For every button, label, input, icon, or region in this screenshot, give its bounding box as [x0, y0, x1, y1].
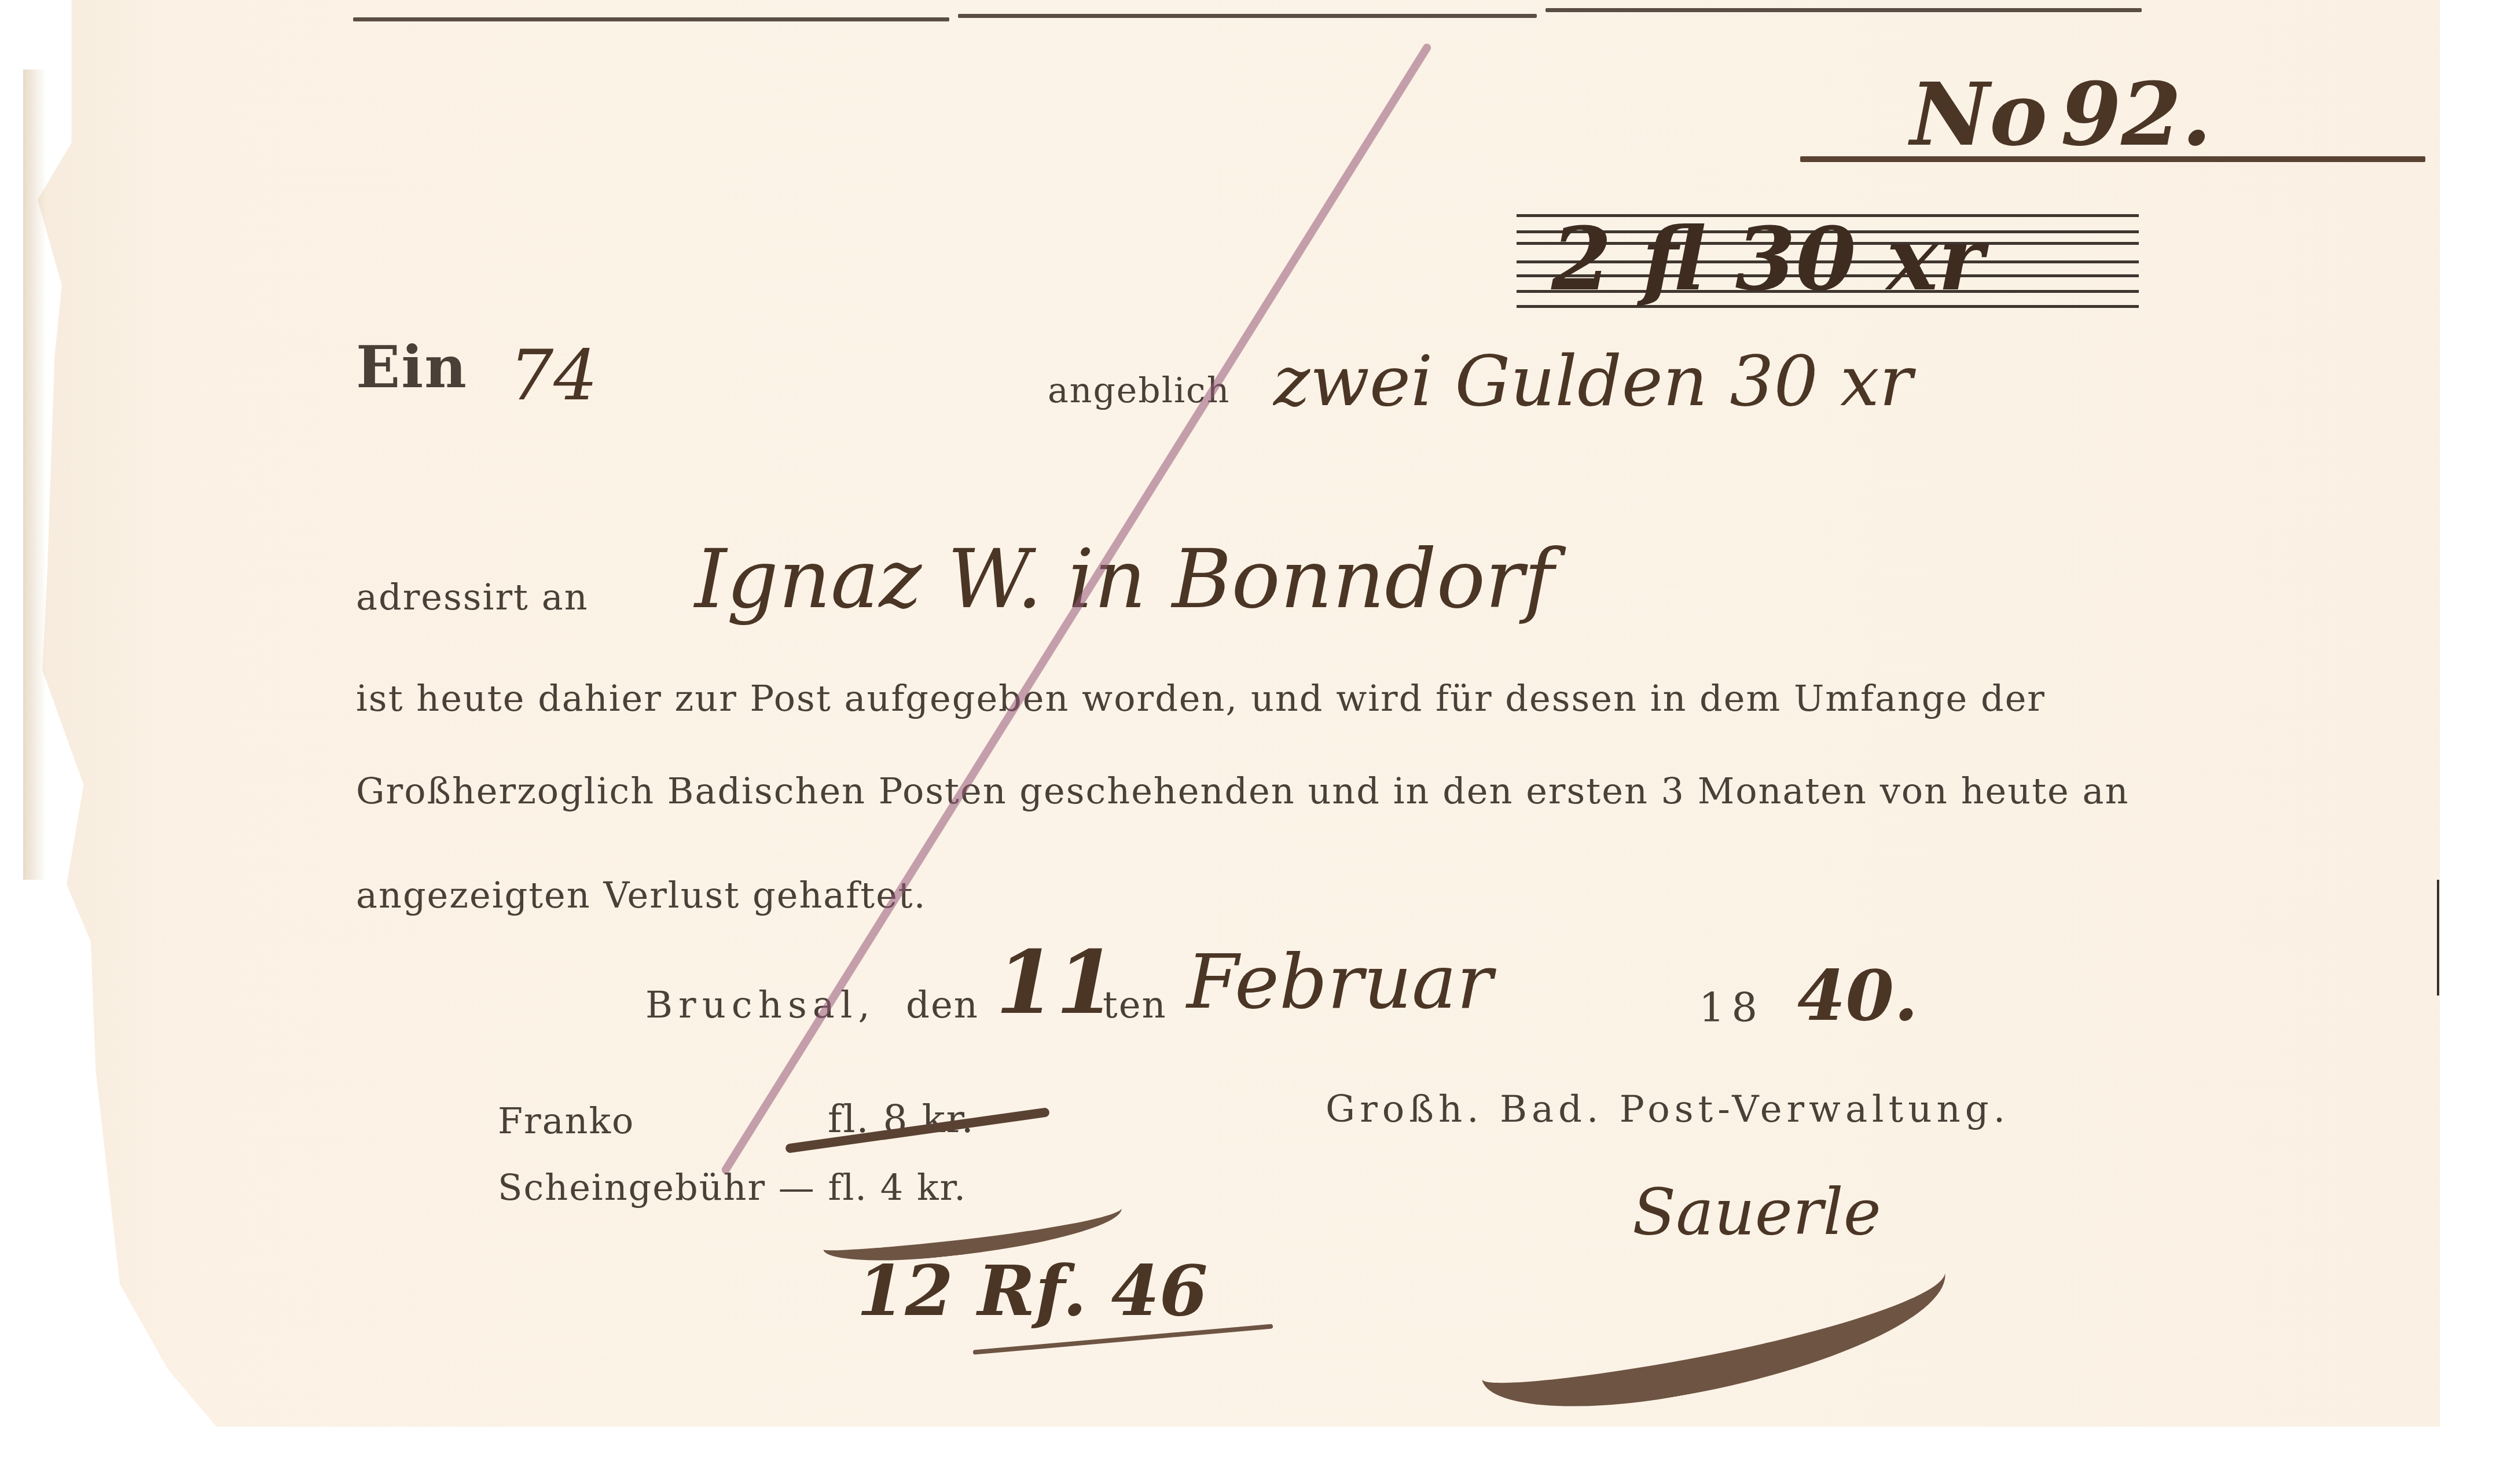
franko-label: Franko — [498, 1100, 634, 1142]
post-office-name: Großh. Bad. Post-Verwaltung. — [1326, 1088, 2010, 1131]
body-line-3: angezeigten Verlust gehaftet. — [356, 874, 926, 916]
torn-edge-stain — [23, 69, 46, 880]
date-ten: ten — [1103, 984, 1167, 1027]
top-rule-left — [353, 17, 949, 21]
addressee: Ignaz W. in Bonndorf — [695, 532, 1554, 627]
date-day: 11 — [996, 932, 1117, 1034]
body-line-2: Großherzoglich Badischen Posten geschehe… — [356, 770, 2129, 812]
top-rule-right — [1545, 8, 2142, 12]
date-den: den — [906, 984, 979, 1027]
ein-label: Ein — [356, 333, 468, 401]
date-month: Februar — [1187, 938, 1493, 1026]
postal-receipt-document: No 92. 2 fl 30 xr Ein 74 angeblich zwei … — [0, 0, 2511, 1484]
scheingebuehr-line: Scheingebühr — fl. 4 kr. — [498, 1166, 967, 1208]
adressirt-an-label: adressirt an — [356, 576, 589, 618]
body-line-1: ist heute dahier zur Post aufgegeben wor… — [356, 677, 2046, 719]
receipt-number: 92. — [2061, 64, 2212, 166]
receipt-number-underline — [1800, 156, 2425, 162]
receipt-number-prefix: No — [1910, 64, 2047, 166]
amount-ledger-box: 2 fl 30 xr — [1517, 214, 2139, 324]
amount-box-value: 2 fl 30 xr — [1551, 208, 1984, 310]
right-margin-mark — [2437, 880, 2439, 996]
declared-value: zwei Gulden 30 xr — [1273, 341, 1912, 422]
top-rule-middle — [958, 14, 1537, 18]
item-count: 74 — [509, 336, 598, 416]
fee-annotation: 12 Rf. 46 — [857, 1250, 1207, 1332]
date-year-prefix: 18 — [1699, 984, 1764, 1031]
date-year-suffix: 40. — [1797, 955, 1918, 1037]
